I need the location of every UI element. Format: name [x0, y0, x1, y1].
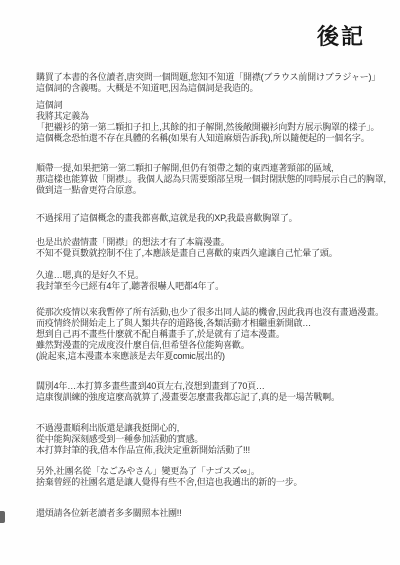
text-line: 而疫情終於開始走上了與人類共存的道路後,各類活動才相繼重新開啟…: [36, 318, 382, 329]
text-line: 做到這一點會更符合原意。: [36, 185, 382, 196]
text-line: 久違…嗯,真的是好久不見。: [36, 270, 382, 281]
text-line: 購買了本書的各位讀者,唐突問一個問題,您知不知道「開襟(ブラウス前開けブラジャー…: [36, 72, 382, 83]
text-line: 也是出於盡情畫「開襟」的想法才有了本篇漫畫。: [36, 237, 382, 248]
text-line: 雖然對漫畫的完成度沒什麼自信,但希望各位能夠喜歡。: [36, 340, 382, 351]
text-line: 這個詞: [36, 100, 382, 111]
text-line: 不過漫畫順利出版還是讓我挺開心的,: [36, 423, 382, 434]
text-line: (說起來,這本漫畫本來應該是去年夏comic展出的): [36, 351, 382, 362]
paragraph: 還煩請各位新老讀者多多關照本社團!!: [36, 508, 382, 519]
text-line: 從中能夠深刻感受到一種參加活動的實感。: [36, 434, 382, 445]
text-line: 本打算封筆的我,借本作品宣佈,我決定重新開始活動了!!!: [36, 445, 382, 456]
afterword-page: 後記 購買了本書的各位讀者,唐突問一個問題,您知不知道「開襟(ブラウス前開けブラ…: [0, 0, 400, 565]
text-line: 我將其定義為: [36, 111, 382, 122]
text-line: 不過採用了這個概念的畫我都喜歡,這就是我的XP,我最喜歡胸罩了。: [36, 213, 382, 224]
text-line: 想到自己再不畫些什麼就不配自稱畫手了,於是就有了這本漫畫。: [36, 329, 382, 340]
afterword-body: 購買了本書的各位讀者,唐突問一個問題,您知不知道「開襟(ブラウス前開けブラジャー…: [0, 72, 400, 519]
text-line: 另外,社團名從「なごみやさん」變更為了「ナゴスズ∞」。: [36, 466, 382, 477]
paragraph: 久違…嗯,真的是好久不見。我封筆至今已經有4年了,聽著很嚇人吧都4年了。: [36, 270, 382, 292]
paragraph: 闊別4年…本打算多畫些畫到40頁左右,沒想到畫到了70頁…這康復訓練的強度這麼高…: [36, 381, 382, 403]
paragraph: 不過漫畫順利出版還是讓我挺開心的,從中能夠深刻感受到一種參加活動的實感。本打算封…: [36, 423, 382, 456]
text-line: 順帶一提,如果把第一第二顆扣子解開,但仍有領帶之類的東西連著頸部的區域,: [36, 163, 382, 174]
text-line: 還煩請各位新老讀者多多關照本社團!!: [36, 508, 382, 519]
paragraph: 另外,社團名從「なごみやさん」變更為了「ナゴスズ∞」。捨棄曾經的社團名還是讓人覺…: [36, 466, 382, 488]
scan-artifact-mark: [0, 511, 5, 523]
paragraph: 順帶一提,如果把第一第二顆扣子解開,但仍有領帶之類的東西連著頸部的區域,那這樣也…: [36, 163, 382, 196]
text-line: 從那次疫情以來我暫停了所有活動,也少了很多出同人誌的機會,因此我再也沒有畫過漫畫…: [36, 307, 382, 318]
text-line: 闊別4年…本打算多畫些畫到40頁左右,沒想到畫到了70頁…: [36, 381, 382, 392]
text-line: 捨棄曾經的社團名還是讓人覺得有些不舍,但這也我邁出的新的一步。: [36, 477, 382, 488]
paragraph: 從那次疫情以來我暫停了所有活動,也少了很多出同人誌的機會,因此我再也沒有畫過漫畫…: [36, 307, 382, 362]
page-title: 後記: [0, 0, 400, 49]
text-line: 那這樣也能算做「開襟」。我個人認為只需要頸部呈現一個封閉狀態的同時展示自己的胸罩…: [36, 174, 382, 185]
text-line: 這個概念恐怕還不存在具體的名稱(如果有人知道麻煩告訴我),所以隨便起的一個名字。: [36, 133, 382, 144]
text-line: 不知不覺頁數就控制不住了,本應該是畫自己喜歡的東西久違讓自己忙暈了頭。: [36, 248, 382, 259]
paragraph: 購買了本書的各位讀者,唐突問一個問題,您知不知道「開襟(ブラウス前開けブラジャー…: [36, 72, 382, 94]
paragraph: 這個詞我將其定義為「把襯衫的第一第二顆扣子扣上,其餘的扣子解開,然後敞開襯衫向對…: [36, 100, 382, 144]
text-line: 我封筆至今已經有4年了,聽著很嚇人吧都4年了。: [36, 281, 382, 292]
paragraph: 也是出於盡情畫「開襟」的想法才有了本篇漫畫。不知不覺頁數就控制不住了,本應該是畫…: [36, 237, 382, 259]
text-line: 這康復訓練的強度這麼高就算了,漫畫要怎麼畫我都忘記了,真的是一場苦戰啊。: [36, 392, 382, 403]
text-line: 「把襯衫的第一第二顆扣子扣上,其餘的扣子解開,然後敞開襯衫向對方展示胸罩的樣子」…: [36, 122, 382, 133]
text-line: 這個詞的含義嗎。大概是不知道吧,因為這個詞是我造的。: [36, 83, 382, 94]
paragraph: 不過採用了這個概念的畫我都喜歡,這就是我的XP,我最喜歡胸罩了。: [36, 213, 382, 224]
